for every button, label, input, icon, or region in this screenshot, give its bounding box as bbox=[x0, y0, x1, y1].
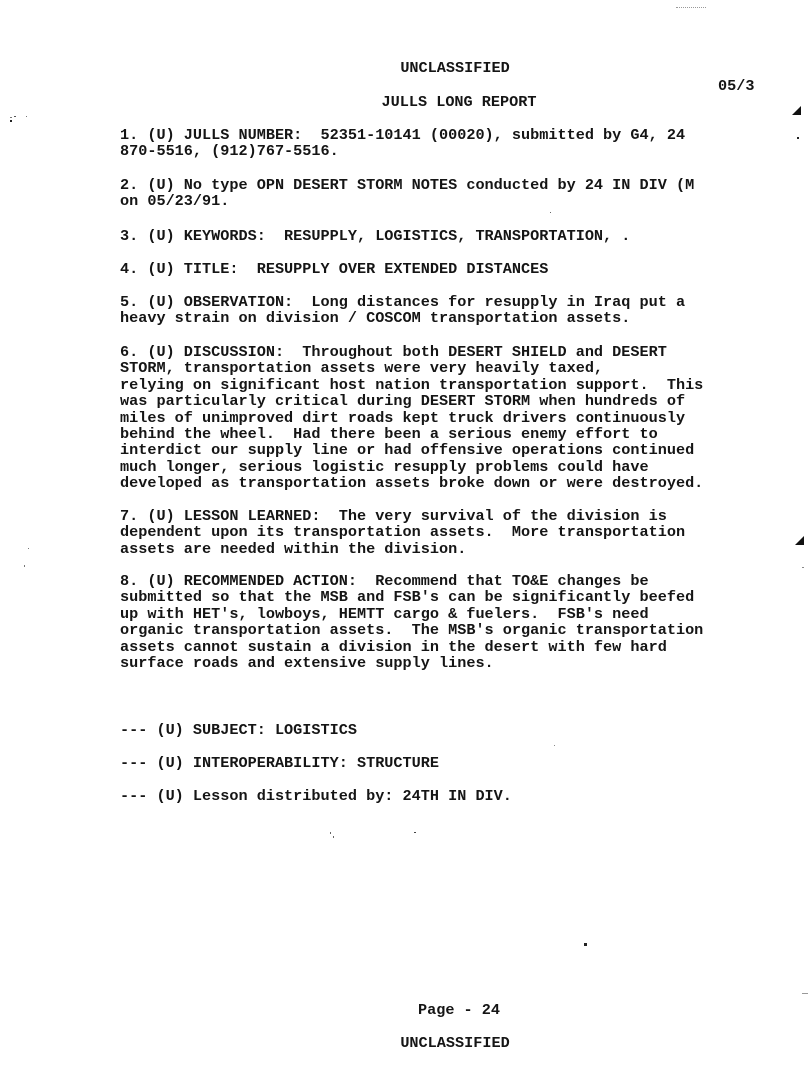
scan-speck bbox=[330, 832, 331, 834]
scan-speck bbox=[10, 117, 12, 118]
paragraph-observation: 5. (U) OBSERVATION: Long distances for r… bbox=[120, 294, 685, 327]
footer-item-subject: --- (U) SUBJECT: LOGISTICS bbox=[120, 722, 357, 738]
scan-speck bbox=[584, 943, 587, 946]
paragraph-lesson-learned: 7. (U) LESSON LEARNED: The very survival… bbox=[120, 508, 685, 557]
scan-speck bbox=[802, 993, 808, 994]
scan-speck bbox=[797, 137, 799, 139]
scan-mark-icon bbox=[792, 106, 801, 115]
scan-speck bbox=[26, 116, 27, 117]
document-page: UNCLASSIFIED 05/3 JULLS LONG REPORT 1. (… bbox=[0, 0, 808, 1088]
paragraph-julls-number: 1. (U) JULLS NUMBER: 52351-10141 (00020)… bbox=[120, 127, 685, 160]
classification-header: UNCLASSIFIED bbox=[0, 60, 808, 76]
scan-speck bbox=[414, 832, 416, 833]
footer-item-interoperability: --- (U) INTEROPERABILITY: STRUCTURE bbox=[120, 755, 439, 771]
page-number: Page - 24 bbox=[0, 1002, 808, 1018]
scan-mark-icon bbox=[795, 536, 804, 545]
paragraph-type: 2. (U) No type OPN DESERT STORM NOTES co… bbox=[120, 177, 694, 210]
report-title: JULLS LONG REPORT bbox=[0, 94, 808, 110]
scan-artifact bbox=[676, 7, 706, 9]
scan-speck bbox=[24, 565, 25, 567]
scan-speck bbox=[10, 120, 12, 122]
scan-speck bbox=[550, 212, 551, 213]
scan-speck bbox=[554, 745, 555, 746]
document-number: 05/3 bbox=[718, 78, 754, 94]
paragraph-title: 4. (U) TITLE: RESUPPLY OVER EXTENDED DIS… bbox=[120, 261, 548, 277]
classification-footer: UNCLASSIFIED bbox=[0, 1035, 808, 1051]
paragraph-recommended-action: 8. (U) RECOMMENDED ACTION: Recommend tha… bbox=[120, 573, 703, 671]
paragraph-discussion: 6. (U) DISCUSSION: Throughout both DESER… bbox=[120, 344, 703, 492]
footer-item-distributed-by: --- (U) Lesson distributed by: 24TH IN D… bbox=[120, 788, 512, 804]
scan-speck bbox=[14, 116, 16, 117]
scan-speck bbox=[333, 836, 334, 838]
scan-speck bbox=[802, 567, 804, 568]
scan-speck bbox=[28, 548, 29, 549]
paragraph-keywords: 3. (U) KEYWORDS: RESUPPLY, LOGISTICS, TR… bbox=[120, 228, 630, 244]
